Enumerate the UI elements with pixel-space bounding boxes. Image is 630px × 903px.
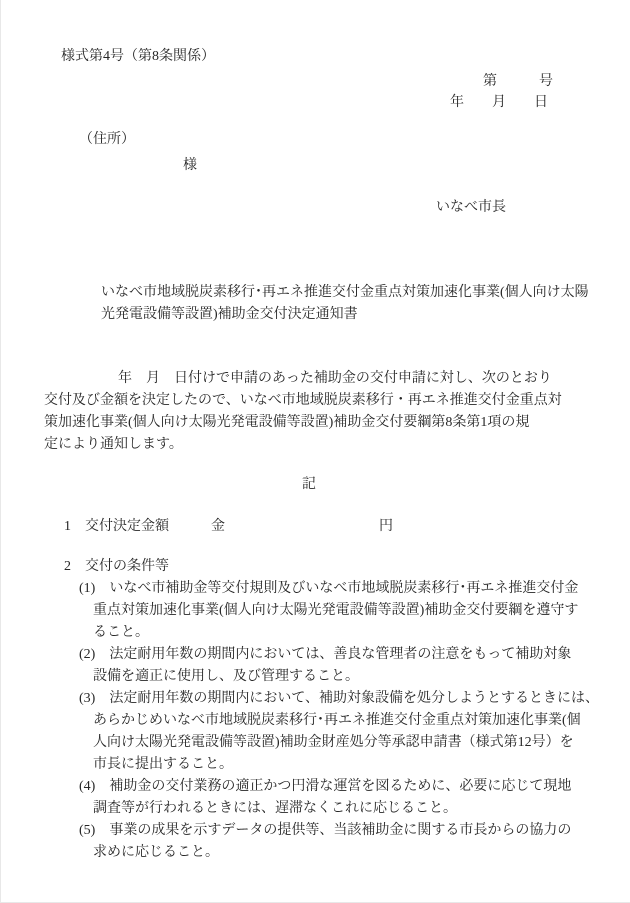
grant-amount-line: 1 交付決定金額 金 円	[64, 517, 393, 537]
document-number-blank: 第 号	[483, 72, 553, 92]
body-paragraph: 年 月 日付けで申請のあった補助金の交付申請に対し、次のとおり 交付及び金額を決…	[44, 368, 584, 456]
body-paragraph-line: 年 月 日付けで申請のあった補助金の交付申請に対し、次のとおり	[118, 368, 584, 390]
condition-item: (4) 補助金の交付業務の適正かつ円滑な運営を図るために、必要に応じて現地 調査…	[79, 776, 589, 820]
conditions-list: (1) いなべ市補助金等交付規則及びいなべ市地域脱炭素移行･再エネ推進交付金 重…	[79, 578, 589, 864]
condition-line: (5) 事業の成果を示すデータの提供等、当該補助金に関する市長からの協力の	[79, 820, 589, 842]
condition-line: (2) 法定耐用年数の期間内においては、善良な管理者の注意をもって補助対象	[79, 644, 589, 666]
body-paragraph-line: 定により通知します。	[44, 434, 584, 456]
condition-line: (3) 法定耐用年数の期間内において、補助対象設備を処分しようとするときには、	[79, 688, 589, 710]
address-label: （住所）	[79, 130, 135, 150]
condition-line: 設備を適正に使用し、及び管理すること。	[93, 666, 589, 688]
addressee-honorific: 様	[183, 156, 197, 176]
condition-item: (3) 法定耐用年数の期間内において、補助対象設備を処分しようとするときには、 …	[79, 688, 589, 776]
document-title-line: いなべ市地域脱炭素移行･再エネ推進交付金重点対策加速化事業(個人向け太陽	[101, 282, 591, 304]
form-number-label: 様式第4号（第8条関係）	[61, 47, 215, 67]
document-title: いなべ市地域脱炭素移行･再エネ推進交付金重点対策加速化事業(個人向け太陽 光発電…	[101, 282, 591, 326]
sender-mayor: いなべ市長	[436, 198, 506, 218]
document-page: 様式第4号（第8条関係） 第 号 年 月 日 （住所） 様 いなべ市長 いなべ市…	[0, 0, 630, 903]
condition-line: あらかじめいなべ市地域脱炭素移行･再エネ推進交付金重点対策加速化事業(個	[93, 710, 589, 732]
condition-line: 重点対策加速化事業(個人向け太陽光発電設備等設置)補助金交付要綱を遵守す	[93, 600, 589, 622]
condition-line: (1) いなべ市補助金等交付規則及びいなべ市地域脱炭素移行･再エネ推進交付金	[79, 578, 589, 600]
condition-line: ること。	[93, 622, 589, 644]
condition-line: 調査等が行われるときには、遅滞なくこれに応じること。	[93, 798, 589, 820]
condition-line: 市長に提出すること。	[93, 754, 589, 776]
document-title-line: 光発電設備等設置)補助金交付決定通知書	[101, 304, 591, 326]
condition-item: (1) いなべ市補助金等交付規則及びいなべ市地域脱炭素移行･再エネ推進交付金 重…	[79, 578, 589, 644]
condition-item: (5) 事業の成果を示すデータの提供等、当該補助金に関する市長からの協力の 求め…	[79, 820, 589, 864]
body-paragraph-line: 策加速化事業(個人向け太陽光発電設備等設置)補助金交付要綱第8条第1項の規	[44, 412, 584, 434]
condition-item: (2) 法定耐用年数の期間内においては、善良な管理者の注意をもって補助対象 設備…	[79, 644, 589, 688]
condition-line: 求めに応じること。	[93, 842, 589, 864]
condition-line: 人向け太陽光発電設備等設置)補助金財産処分等承認申請書（様式第12号）を	[93, 732, 589, 754]
date-blank: 年 月 日	[450, 93, 548, 113]
condition-line: (4) 補助金の交付業務の適正かつ円滑な運営を図るために、必要に応じて現地	[79, 776, 589, 798]
conditions-heading: 2 交付の条件等	[64, 557, 169, 577]
body-paragraph-line: 交付及び金額を決定したので、いなべ市地域脱炭素移行・再エネ推進交付金重点対	[44, 390, 584, 412]
ki-marker: 記	[44, 475, 574, 495]
